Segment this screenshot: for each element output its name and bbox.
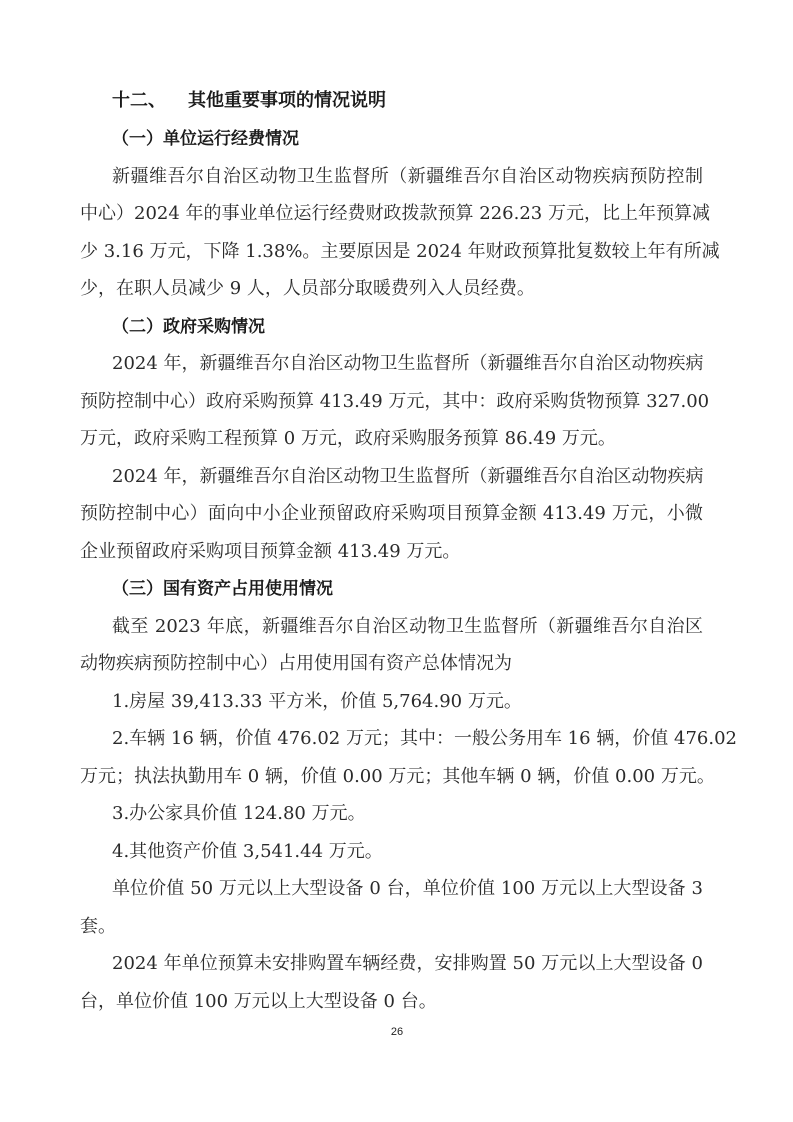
- subsection-heading-state-assets: （三）国有资产占用使用情况: [112, 576, 333, 602]
- paragraph-line: 企业预留政府采购项目预算金额 413.49 万元。: [80, 539, 460, 565]
- paragraph-line: 万元；执法执勤用车 0 辆，价值 0.00 万元；其他车辆 0 辆，价值 0.0…: [80, 764, 703, 790]
- paragraph-line: 单位价值 50 万元以上大型设备 0 台，单位价值 100 万元以上大型设备 3: [112, 876, 703, 902]
- section-number: 十二、: [112, 88, 188, 114]
- section-title: 其他重要事项的情况说明: [188, 90, 386, 111]
- paragraph-line: 中心）2024 年的事业单位运行经费财政拨款预算 226.23 万元，比上年预算…: [80, 201, 703, 227]
- paragraph-line: 万元，政府采购工程预算 0 万元，政府采购服务预算 86.49 万元。: [80, 426, 616, 452]
- list-item-furniture: 3.办公家具价值 124.80 万元。: [112, 801, 366, 827]
- list-item-other-assets: 4.其他资产价值 3,541.44 万元。: [112, 839, 383, 865]
- paragraph-line: 新疆维吾尔自治区动物卫生监督所（新疆维吾尔自治区动物疾病预防控制: [112, 164, 703, 190]
- paragraph-line: 台，单位价值 100 万元以上大型设备 0 台。: [80, 989, 437, 1015]
- paragraph-line: 少，在职人员减少 9 人，人员部分取暖费列入人员经费。: [80, 276, 535, 302]
- paragraph-line: 预防控制中心）政府采购预算 413.49 万元，其中：政府采购货物预算 327.…: [80, 389, 703, 415]
- paragraph-line: 少 3.16 万元，下降 1.38%。主要原因是 2024 年财政预算批复数较上…: [80, 239, 703, 265]
- paragraph-line: 预防控制中心）面向中小企业预留政府采购项目预算金额 413.49 万元，小微: [80, 501, 703, 527]
- document-page: 十二、其他重要事项的情况说明 （一）单位运行经费情况 新疆维吾尔自治区动物卫生监…: [0, 0, 793, 1122]
- paragraph-line: 2024 年单位预算未安排购置车辆经费，安排购置 50 万元以上大型设备 0: [112, 951, 703, 977]
- section-heading: 十二、其他重要事项的情况说明: [112, 88, 386, 114]
- paragraph-line: 套。: [80, 914, 116, 940]
- list-item-vehicles: 2.车辆 16 辆，价值 476.02 万元；其中：一般公务用车 16 辆，价值…: [112, 726, 703, 752]
- page-number: 26: [386, 1026, 408, 1038]
- paragraph-line: 截至 2023 年底，新疆维吾尔自治区动物卫生监督所（新疆维吾尔自治区: [112, 614, 703, 640]
- paragraph-line: 动物疾病预防控制中心）占用使用国有资产总体情况为: [80, 651, 512, 677]
- subsection-heading-government-procurement: （二）政府采购情况: [112, 314, 265, 340]
- paragraph-line: 2024 年，新疆维吾尔自治区动物卫生监督所（新疆维吾尔自治区动物疾病: [112, 351, 703, 377]
- paragraph-line: 2024 年，新疆维吾尔自治区动物卫生监督所（新疆维吾尔自治区动物疾病: [112, 464, 703, 490]
- list-item-housing: 1.房屋 39,413.33 平方米，价值 5,764.90 万元。: [112, 689, 522, 715]
- subsection-heading-operating-funds: （一）单位运行经费情况: [112, 126, 299, 152]
